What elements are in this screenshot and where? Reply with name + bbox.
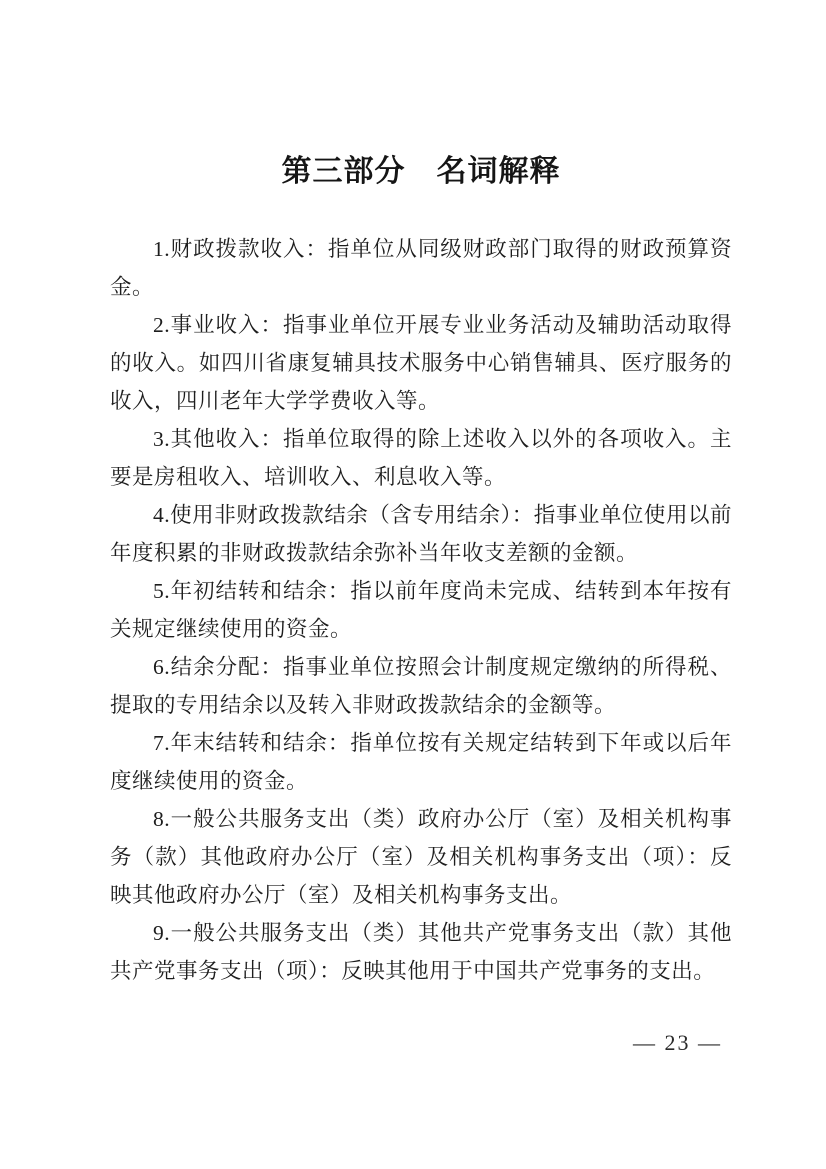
- paragraph-7: 7.年末结转和结余：指单位按有关规定结转到下年或以后年度继续使用的资金。: [110, 724, 732, 800]
- paragraph-9: 9.一般公共服务支出（类）其他共产党事务支出（款）其他共产党事务支出（项）：反映…: [110, 914, 732, 990]
- page-title: 第三部分 名词解释: [110, 146, 732, 190]
- paragraph-5: 5.年初结转和结余：指以前年度尚未完成、结转到本年按有关规定继续使用的资金。: [110, 572, 732, 648]
- paragraph-4: 4.使用非财政拨款结余（含专用结余）：指事业单位使用以前年度积累的非财政拨款结余…: [110, 496, 732, 572]
- page-number: — 23 —: [110, 1030, 722, 1056]
- paragraph-2: 2.事业收入：指事业单位开展专业业务活动及辅助活动取得的收入。如四川省康复辅具技…: [110, 306, 732, 420]
- document-page: 第三部分 名词解释 1.财政拨款收入：指单位从同级财政部门取得的财政预算资金。 …: [0, 0, 826, 1169]
- paragraph-8: 8.一般公共服务支出（类）政府办公厅（室）及相关机构事务（款）其他政府办公厅（室…: [110, 800, 732, 914]
- paragraph-6: 6.结余分配：指事业单位按照会计制度规定缴纳的所得税、提取的专用结余以及转入非财…: [110, 648, 732, 724]
- document-body: 1.财政拨款收入：指单位从同级财政部门取得的财政预算资金。 2.事业收入：指事业…: [110, 230, 732, 990]
- paragraph-3: 3.其他收入：指单位取得的除上述收入以外的各项收入。主要是房租收入、培训收入、利…: [110, 420, 732, 496]
- paragraph-1: 1.财政拨款收入：指单位从同级财政部门取得的财政预算资金。: [110, 230, 732, 306]
